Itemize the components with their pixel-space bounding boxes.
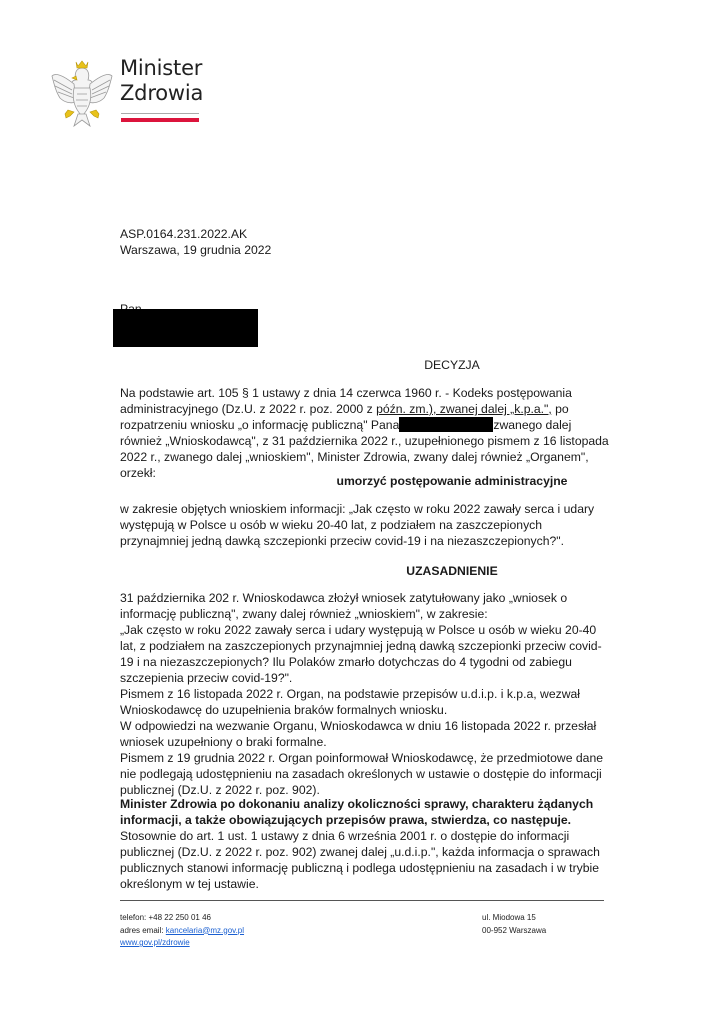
decision-para1-underlined: późn. zm.), zwanej dalej „k.p.a.", [376,402,552,416]
footer-phone: telefon: +48 22 250 01 46 [120,912,244,925]
footer-email-row: adres email: kancelaria@mz.gov.pl [120,925,244,938]
justification-line: Pismem z 16 listopada 2022 r. Organ, na … [120,686,610,718]
redacted-addressee-name [113,309,258,347]
footer-postal-city: 00-952 Warszawa [482,925,546,938]
reference-number: ASP.0164.231.2022.AK [120,226,271,242]
footer-email-label: adres email: [120,926,166,935]
justification-bold-statement: Minister Zdrowia po dokonaniu analizy ok… [120,796,610,828]
justification-body: 31 października 202 r. Wnioskodawca złoż… [120,590,610,798]
justification-final-paragraph: Stosownie do art. 1 ust. 1 ustawy z dnia… [120,828,610,892]
footer-address: ul. Miodowa 15 00-952 Warszawa [482,912,546,937]
polish-eagle-emblem-icon [50,54,114,132]
footer-contact: telefon: +48 22 250 01 46 adres email: k… [120,912,244,950]
footer-email-link[interactable]: kancelaria@mz.gov.pl [166,926,244,935]
footer-divider [120,900,604,901]
decision-legal-basis: Na podstawie art. 105 § 1 ustawy z dnia … [120,385,610,481]
justification-line: „Jak często w roku 2022 zawały serca i u… [120,622,610,686]
redacted-applicant-name [399,417,493,432]
justification-line: Pismem z 19 grudnia 2022 r. Organ poinfo… [120,750,610,798]
document-meta: ASP.0164.231.2022.AK Warszawa, 19 grudni… [120,226,271,258]
logo-line-zdrowia: Zdrowia [120,81,203,106]
justification-line: W odpowiedzi na wezwanie Organu, Wniosko… [120,718,610,750]
decision-title: DECYZJA [90,358,724,372]
logo-text: Minister Zdrowia [120,56,203,106]
logo-divider-grey [121,113,199,114]
footer-street: ul. Miodowa 15 [482,912,546,925]
logo-divider-red [121,118,199,122]
decision-scope: w zakresie objętych wnioskiem informacji… [120,501,610,549]
logo-line-minister: Minister [120,56,203,81]
justification-title: UZASADNIENIE [90,564,724,578]
justification-line: 31 października 202 r. Wnioskodawca złoż… [120,590,610,622]
place-date: Warszawa, 19 grudnia 2022 [120,242,271,258]
decision-ruling: umorzyć postępowanie administracyjne [90,474,724,488]
justification-analysis: Minister Zdrowia po dokonaniu analizy ok… [120,796,610,892]
footer-website-link[interactable]: www.gov.pl/zdrowie [120,938,190,947]
